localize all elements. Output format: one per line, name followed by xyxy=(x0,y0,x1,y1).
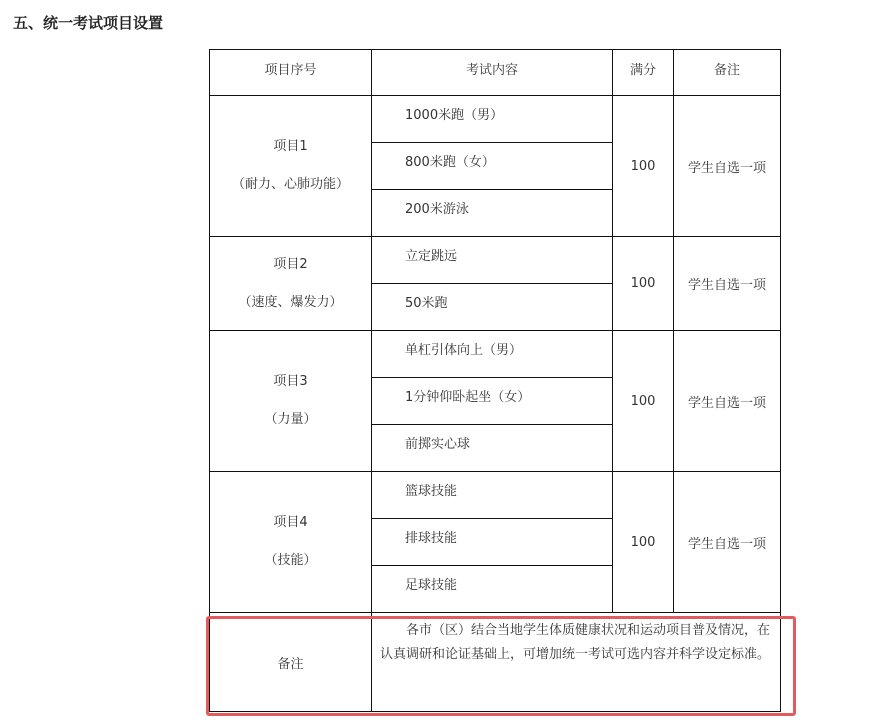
group-sub: （技能） xyxy=(210,542,371,580)
group-sub: （力量） xyxy=(210,401,371,439)
header-exam-content: 考试内容 xyxy=(372,50,613,96)
exam-item: 前掷实心球 xyxy=(372,425,613,472)
exam-item: 单杠引体向上（男） xyxy=(372,331,613,378)
note-row: 备注 各市（区）结合当地学生体质健康状况和运动项目普及情况，在认真调研和论证基础… xyxy=(210,613,781,712)
remark: 学生自选一项 xyxy=(674,96,781,237)
exam-item: 立定跳远 xyxy=(372,237,613,284)
remark: 学生自选一项 xyxy=(674,237,781,331)
group-label: 项目1 xyxy=(210,128,371,166)
full-score: 100 xyxy=(613,472,674,613)
group-label: 项目2 xyxy=(210,246,371,284)
full-score: 100 xyxy=(613,96,674,237)
group-label: 项目4 xyxy=(210,504,371,542)
remark: 学生自选一项 xyxy=(674,472,781,613)
group-sub: （耐力、心肺功能） xyxy=(210,166,371,204)
header-full-score: 满分 xyxy=(613,50,674,96)
group-label-cell: 项目1 （耐力、心肺功能） xyxy=(210,96,372,237)
full-score: 100 xyxy=(613,331,674,472)
full-score: 100 xyxy=(613,237,674,331)
group-label: 项目3 xyxy=(210,363,371,401)
exam-item: 1000米跑（男） xyxy=(372,96,613,143)
note-text: 各市（区）结合当地学生体质健康状况和运动项目普及情况，在认真调研和论证基础上，可… xyxy=(372,613,781,712)
table-header-row: 项目序号 考试内容 满分 备注 xyxy=(210,50,781,96)
section-heading: 五、统一考试项目设置 xyxy=(13,12,163,33)
table-row: 项目1 （耐力、心肺功能） 1000米跑（男） 100 学生自选一项 xyxy=(210,96,781,143)
exam-item: 50米跑 xyxy=(372,284,613,331)
note-label: 备注 xyxy=(210,613,372,712)
group-label-cell: 项目3 （力量） xyxy=(210,331,372,472)
exam-item: 1分钟仰卧起坐（女） xyxy=(372,378,613,425)
exam-item: 篮球技能 xyxy=(372,472,613,519)
exam-item: 排球技能 xyxy=(372,519,613,566)
exam-item: 200米游泳 xyxy=(372,190,613,237)
group-sub: （速度、爆发力） xyxy=(210,284,371,322)
table-row: 项目2 （速度、爆发力） 立定跳远 100 学生自选一项 xyxy=(210,237,781,284)
table-row: 项目3 （力量） 单杠引体向上（男） 100 学生自选一项 xyxy=(210,331,781,378)
group-label-cell: 项目2 （速度、爆发力） xyxy=(210,237,372,331)
remark: 学生自选一项 xyxy=(674,331,781,472)
header-remark: 备注 xyxy=(674,50,781,96)
group-label-cell: 项目4 （技能） xyxy=(210,472,372,613)
exam-item: 800米跑（女） xyxy=(372,143,613,190)
table-row: 项目4 （技能） 篮球技能 100 学生自选一项 xyxy=(210,472,781,519)
exam-items-table: 项目序号 考试内容 满分 备注 项目1 （耐力、心肺功能） 1000米跑（男） … xyxy=(209,49,781,712)
header-item-number: 项目序号 xyxy=(210,50,372,96)
exam-item: 足球技能 xyxy=(372,566,613,613)
